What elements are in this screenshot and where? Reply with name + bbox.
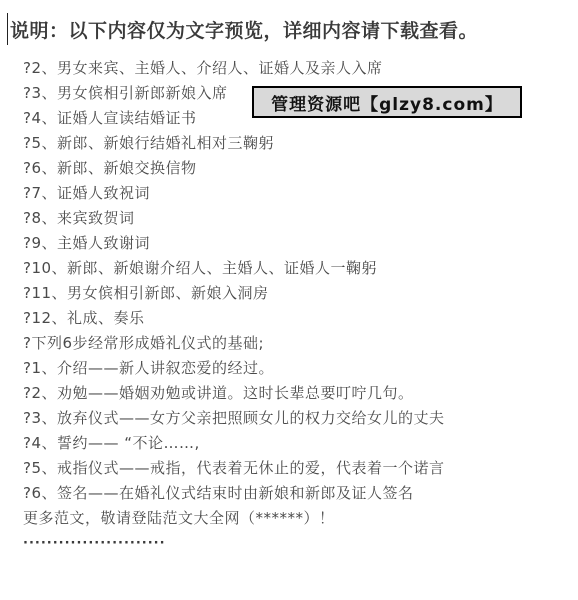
preview-line: ?1、介绍——新人讲叙恋爱的经过。 <box>23 356 571 381</box>
preview-text-content: ?2、男女来宾、主婚人、介绍人、证婚人及亲人入席 ?3、男女傧相引新郎新娘入席 … <box>23 56 571 556</box>
preview-line: ?7、证婚人致祝词 <box>23 181 571 206</box>
preview-line: ?12、礼成、奏乐 <box>23 306 571 331</box>
preview-line: ?11、男女傧相引新郎、新娘入洞房 <box>23 281 571 306</box>
preview-line: ?6、签名——在婚礼仪式结束时由新娘和新郎及证人签名 <box>23 481 571 506</box>
preview-line: ?4、誓约—— “不论……, <box>23 431 571 456</box>
text-caret <box>7 13 8 45</box>
document-preview-page: 说明：以下内容仅为文字预览，详细内容请下载查看。 ?2、男女来宾、主婚人、介绍人… <box>0 0 578 600</box>
watermark-badge: 管理资源吧【glzy8.com】 <box>252 86 522 118</box>
preview-line: ?6、新郎、新娘交换信物 <box>23 156 571 181</box>
preview-line: ?2、男女来宾、主婚人、介绍人、证婚人及亲人入席 <box>23 56 571 81</box>
preview-line: ?10、新郎、新娘谢介绍人、主婚人、证婚人一鞠躬 <box>23 256 571 281</box>
preview-line: ?下列6步经常形成婚礼仪式的基础; <box>23 331 571 356</box>
preview-line: ?2、劝勉——婚姻劝勉或讲道。这时长辈总要叮咛几句。 <box>23 381 571 406</box>
preview-line-dots: ························ <box>23 531 571 556</box>
preview-line: ?5、新郎、新娘行结婚礼相对三鞠躬 <box>23 131 571 156</box>
preview-line: ?9、主婚人致谢词 <box>23 231 571 256</box>
preview-line: ?3、放弃仪式——女方父亲把照顾女儿的权力交给女儿的丈夫 <box>23 406 571 431</box>
preview-notice-header: 说明：以下内容仅为文字预览，详细内容请下载查看。 <box>10 16 478 43</box>
preview-line: ?8、来宾致贺词 <box>23 206 571 231</box>
preview-line: 更多范文，敬请登陆范文大全网（******）！ <box>23 506 571 531</box>
preview-line: ?5、戒指仪式——戒指，代表着无休止的爱，代表着一个诺言 <box>23 456 571 481</box>
